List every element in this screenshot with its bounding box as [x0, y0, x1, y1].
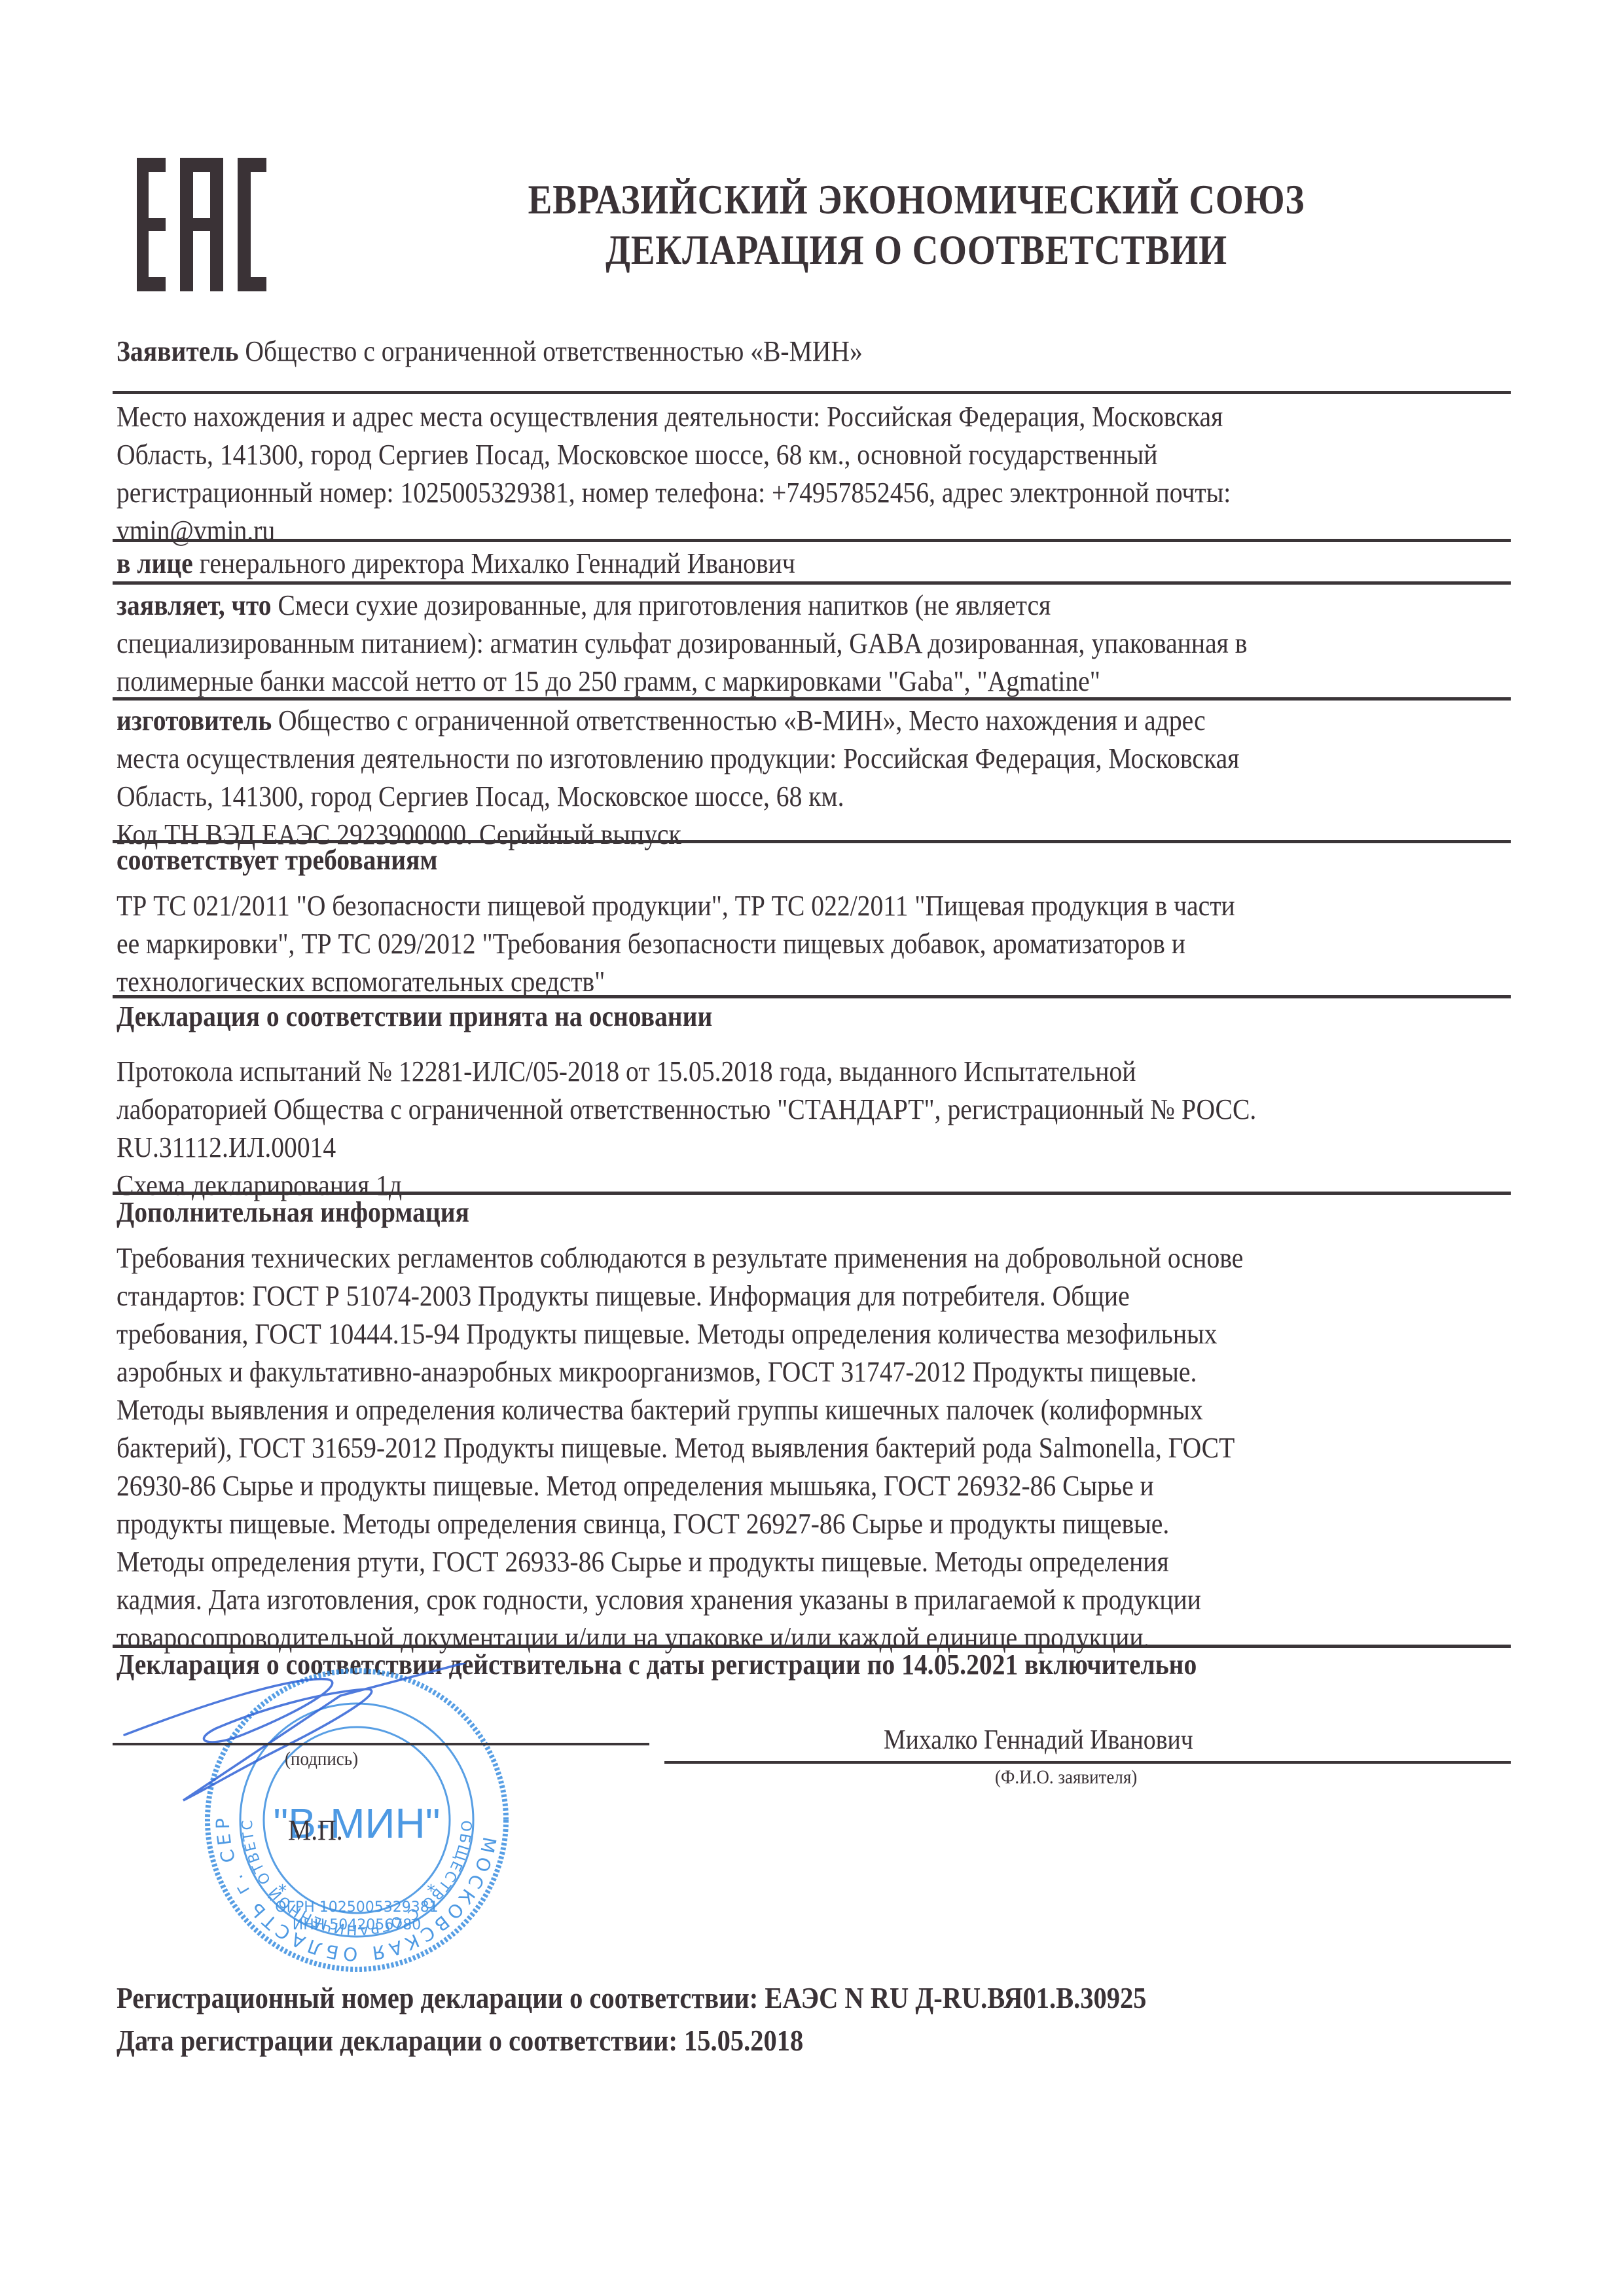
- represented-label: в лице: [117, 547, 193, 579]
- represented-value: генерального директора Михалко Геннадий …: [200, 547, 795, 579]
- manufacturer-line: Общество с ограниченной ответственностью…: [278, 704, 1206, 737]
- manufacturer-label: изготовитель: [117, 704, 272, 737]
- declares-line: специализированным питанием): агматин су…: [117, 625, 1371, 663]
- additional-line: 26930-86 Сырье и продукты пищевые. Метод…: [117, 1467, 1371, 1505]
- seal-label: М.П.: [288, 1813, 343, 1847]
- applicant-value: Общество с ограниченной ответственностью…: [245, 335, 862, 367]
- registration-number-label: Регистрационный номер декларации о соотв…: [117, 1981, 758, 2014]
- registration-date-label: Дата регистрации декларации о соответств…: [117, 2024, 677, 2057]
- additional-line: требования, ГОСТ 10444.15-94 Продукты пи…: [117, 1315, 1371, 1353]
- regulation-line: ее маркировки", ТР ТС 029/2012 "Требован…: [117, 925, 1371, 963]
- registration-date: 15.05.2018: [684, 2024, 803, 2057]
- manufacturer-line: Область, 141300, город Сергиев Посад, Мо…: [117, 778, 1371, 816]
- registration-number: ЕАЭС N RU Д-RU.ВЯ01.В.30925: [765, 1981, 1146, 2014]
- basis-block: Протокола испытаний № 12281-ИЛС/05-2018 …: [117, 1053, 1371, 1205]
- additional-line: продукты пищевые. Методы определения сви…: [117, 1505, 1371, 1543]
- divider: [113, 995, 1511, 998]
- declares-line: полимерные банки массой нетто от 15 до 2…: [117, 663, 1371, 701]
- additional-line: Методы выявления и определения количеств…: [117, 1391, 1371, 1429]
- svg-text:ОГРН 1025005329381: ОГРН 1025005329381: [275, 1899, 439, 1916]
- additional-line: бактерий), ГОСТ 31659-2012 Продукты пище…: [117, 1429, 1371, 1467]
- divider: [113, 391, 1511, 394]
- registration-number-row: Регистрационный номер декларации о соотв…: [117, 1980, 1146, 2015]
- manufacturer-line: места осуществления деятельности по изго…: [117, 740, 1371, 778]
- protocol-line: лабораторией Общества с ограниченной отв…: [117, 1091, 1371, 1129]
- title-declaration: ДЕКЛАРАЦИЯ О СООТВЕТСТВИИ: [477, 226, 1356, 274]
- svg-text:ИНН 5042056780: ИНН 5042056780: [293, 1917, 422, 1933]
- name-caption: (Ф.И.О. заявителя): [995, 1766, 1137, 1789]
- additional-line: аэробных и факультативно-анаэробных микр…: [117, 1353, 1371, 1391]
- represented-row: в лице генерального директора Михалко Ге…: [117, 545, 1371, 583]
- manufacturer-block: изготовитель Общество с ограниченной отв…: [117, 702, 1371, 854]
- address-line: Место нахождения и адрес места осуществл…: [117, 398, 1371, 436]
- additional-line: Требования технических регламентов соблю…: [117, 1239, 1371, 1277]
- additional-line: стандартов: ГОСТ Р 51074-2003 Продукты п…: [117, 1277, 1371, 1315]
- eac-mark-icon: [137, 158, 266, 291]
- svg-text:*: *: [427, 1882, 435, 1901]
- divider: [113, 1192, 1511, 1195]
- protocol-line: RU.31112.ИЛ.00014: [117, 1129, 1371, 1167]
- applicant-label: Заявитель: [117, 335, 239, 367]
- applicant-name: Михалко Геннадий Иванович: [884, 1724, 1193, 1756]
- registration-date-row: Дата регистрации декларации о соответств…: [117, 2023, 803, 2058]
- conforms-block: ТР ТС 021/2011 "О безопасности пищевой п…: [117, 887, 1371, 1001]
- basis-label: Декларация о соответствии принята на осн…: [117, 1000, 712, 1033]
- protocol-line: Протокола испытаний № 12281-ИЛС/05-2018 …: [117, 1053, 1371, 1091]
- title-union: ЕВРАЗИЙСКИЙ ЭКОНОМИЧЕСКИЙ СОЮЗ: [477, 175, 1356, 224]
- address-block: Место нахождения и адрес места осуществл…: [117, 398, 1371, 550]
- declares-label: заявляет, что: [117, 589, 272, 621]
- additional-label: Дополнительная информация: [117, 1195, 469, 1229]
- signature-caption: (подпись): [285, 1748, 358, 1770]
- additional-block: Требования технических регламентов соблю…: [117, 1239, 1371, 1657]
- address-line: регистрационный номер: 1025005329381, но…: [117, 474, 1371, 512]
- divider: [113, 581, 1511, 585]
- address-line: Область, 141300, город Сергиев Посад, Мо…: [117, 436, 1371, 474]
- name-line: [664, 1761, 1511, 1764]
- signature-line: [113, 1743, 649, 1745]
- divider: [113, 697, 1511, 701]
- declares-line: Смеси сухие дозированные, для приготовле…: [278, 589, 1051, 621]
- declares-block: заявляет, что Смеси сухие дозированные, …: [117, 587, 1371, 701]
- applicant-row: Заявитель Общество с ограниченной ответс…: [117, 333, 1371, 371]
- divider: [113, 539, 1511, 542]
- regulation-line: ТР ТС 021/2011 "О безопасности пищевой п…: [117, 887, 1371, 925]
- svg-text:*: *: [278, 1882, 287, 1901]
- additional-line: Методы определения ртути, ГОСТ 26933-86 …: [117, 1543, 1371, 1581]
- conforms-label: соответствует требованиям: [117, 843, 437, 877]
- additional-line: кадмия. Дата изготовления, срок годности…: [117, 1581, 1371, 1619]
